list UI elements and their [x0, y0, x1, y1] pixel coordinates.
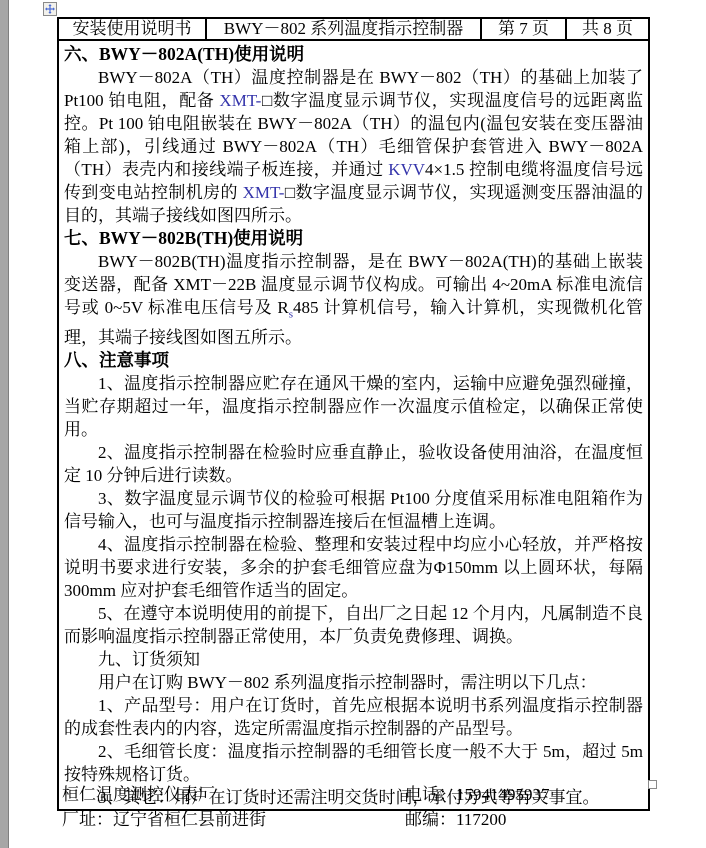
notice-item-4: 4、温度指示控制器在检验、整理和安装过程中均应小心轻放，并严格按说明书要求进行安…: [64, 533, 643, 602]
notice-item-2: 2、温度指示控制器在检验时应垂直静止，验收设备使用油浴，在温度恒定 10 分钟后…: [64, 441, 643, 487]
page-footer: 桓仁温度测控仪表厂 电话：15941495937 厂址：辽宁省桓仁县前进街 邮编…: [62, 782, 637, 832]
header-cell-page-total: 共 8 页: [566, 18, 649, 40]
footer-row-2: 厂址：辽宁省桓仁县前进街 邮编：117200: [62, 807, 637, 832]
phone-line: 电话：15941495937: [405, 782, 637, 807]
section-7-paragraph: BWY－802B(TH)温度指示控制器，是在 BWY－802A(TH)的基础上嵌…: [64, 250, 643, 349]
header-row: 安装使用说明书 BWY－802 系列温度指示控制器 第 7 页 共 8 页: [58, 18, 649, 40]
table-move-handle[interactable]: [43, 2, 57, 16]
content-cell: 六、BWY－802A(TH)使用说明 BWY－802A（TH）温度控制器是在 B…: [58, 40, 649, 810]
header-cell-page-num: 第 7 页: [481, 18, 566, 40]
notice-item-1: 1、温度指示控制器应贮存在通风干燥的室内，运输中应避免强烈碰撞，当贮存期超过一年…: [64, 372, 643, 441]
section-9-intro: 用户在订购 BWY－802 系列温度指示控制器时，需注明以下几点：: [64, 671, 643, 694]
address-line: 厂址：辽宁省桓仁县前进街: [62, 807, 405, 832]
content-row: 六、BWY－802A(TH)使用说明 BWY－802A（TH）温度控制器是在 B…: [58, 40, 649, 810]
section-9-heading-line: 九、订货须知: [64, 648, 643, 671]
order-item-2: 2、毛细管长度：温度指示控制器的毛细管长度一般不大于 5m，超过 5m 按特殊规…: [64, 740, 643, 786]
footer-row-1: 桓仁温度测控仪表厂 电话：15941495937: [62, 782, 637, 807]
section-6-paragraph: BWY－802A（TH）温度控制器是在 BWY－802（TH）的基础上加装了 P…: [64, 66, 643, 227]
header-cell-doc-type: 安装使用说明书: [58, 18, 206, 40]
section-8-heading: 八、注意事项: [64, 349, 643, 372]
notice-item-3: 3、数字温度显示调节仪的检验可根据 Pt100 分度值采用标准电阻箱作为信号输入…: [64, 487, 643, 533]
document-table: 安装使用说明书 BWY－802 系列温度指示控制器 第 7 页 共 8 页 六、…: [57, 17, 650, 811]
zip-line: 邮编：117200: [405, 807, 637, 832]
order-item-1: 1、产品型号：用户在订货时，首先应根据本说明书系列温度指示控制器的成套性表内的内…: [64, 694, 643, 740]
section-7-heading: 七、BWY－802B(TH)使用说明: [64, 227, 643, 250]
move-arrows-icon: [45, 4, 55, 14]
company-name: 桓仁温度测控仪表厂: [62, 782, 405, 807]
notice-item-5: 5、在遵守本说明使用的前提下，自出厂之日起 12 个月内，凡属制造不良而影响温度…: [64, 602, 643, 648]
header-cell-product: BWY－802 系列温度指示控制器: [206, 18, 481, 40]
section-6-heading: 六、BWY－802A(TH)使用说明: [64, 43, 643, 66]
table-resize-handle[interactable]: [648, 780, 657, 789]
outside-margin-strip: [0, 0, 9, 848]
